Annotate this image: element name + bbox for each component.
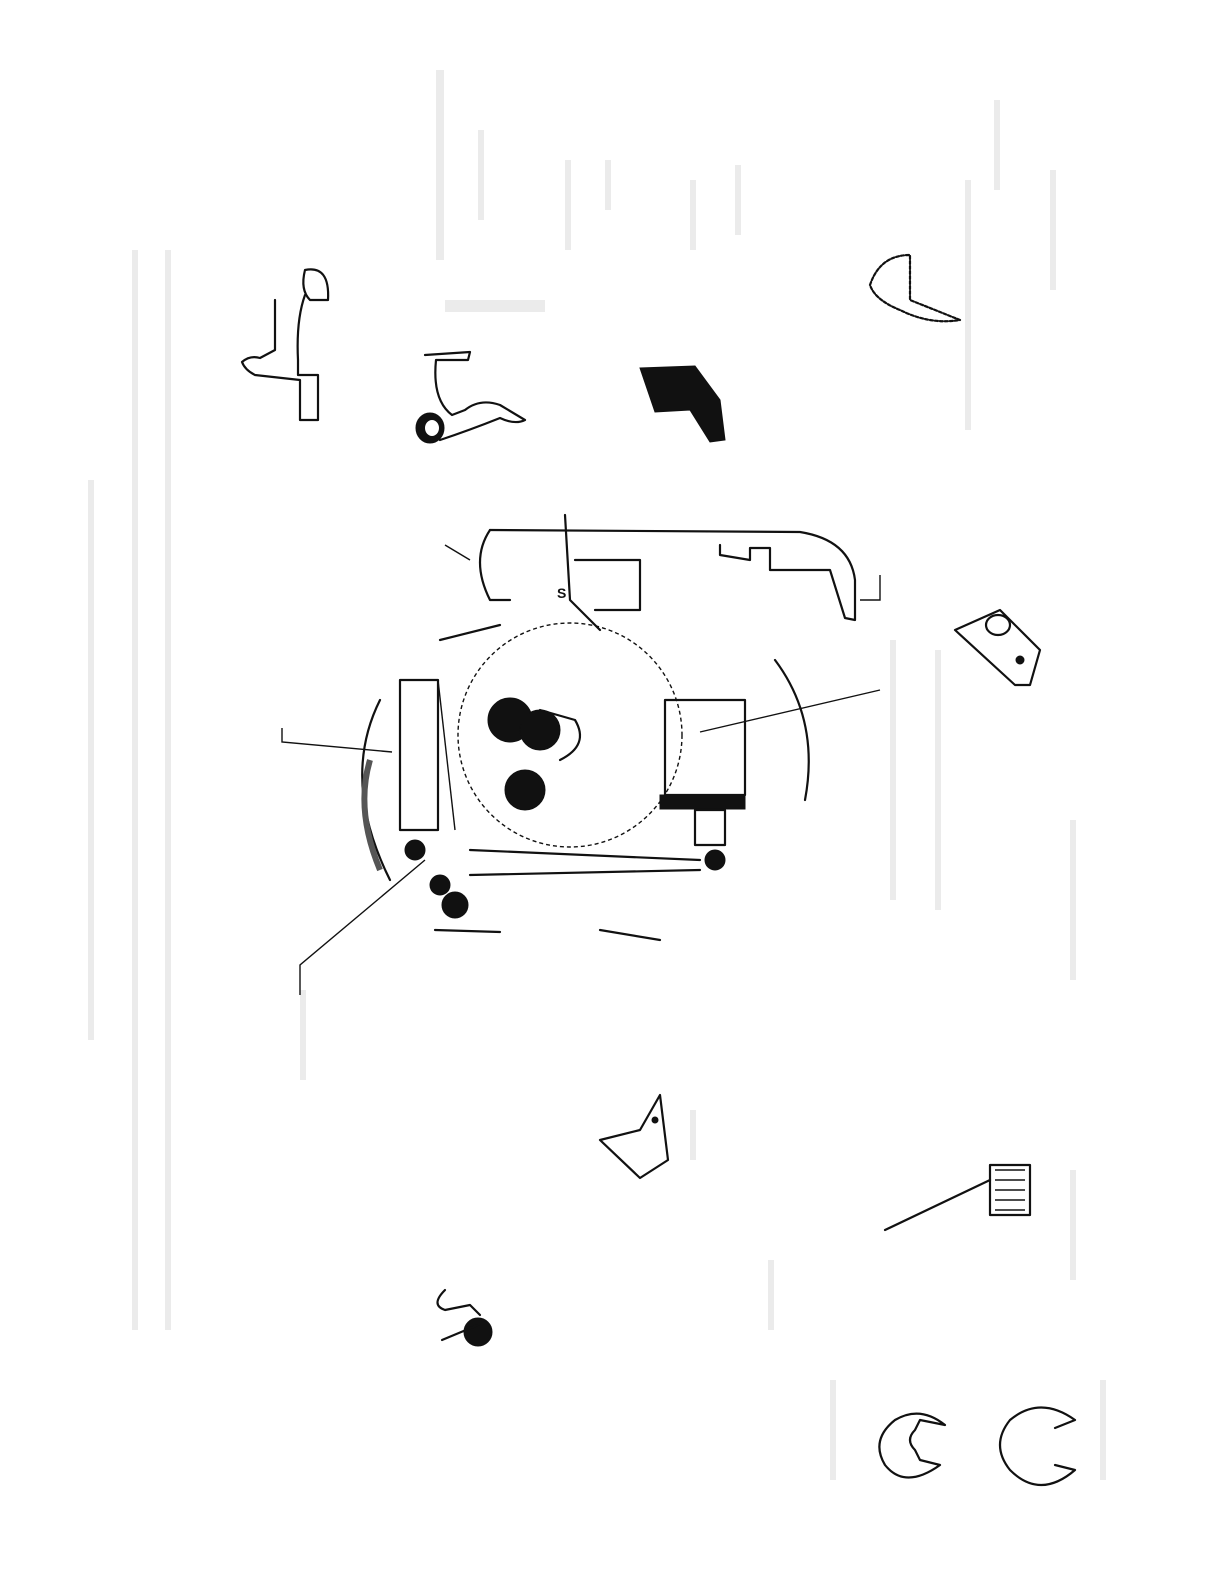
hook-latch-part	[416, 352, 525, 443]
parts-illustration: S	[0, 0, 1224, 1584]
gear-segment-part	[870, 255, 960, 321]
label-s: S	[557, 585, 566, 601]
small-bracket-part	[600, 1095, 668, 1178]
e-clip-part	[879, 1414, 945, 1478]
lever-arm-part	[242, 269, 328, 420]
stud-bracket-part	[955, 610, 1040, 685]
torsion-spring-part	[885, 1165, 1030, 1230]
faint-text-columns	[88, 70, 1106, 1480]
parts-diagram-page: S	[0, 0, 1224, 1584]
pawl-link-part	[438, 1290, 493, 1346]
c-clip-part	[1000, 1408, 1075, 1486]
angle-plate-part	[640, 366, 725, 442]
main-assembly: S	[362, 515, 855, 940]
